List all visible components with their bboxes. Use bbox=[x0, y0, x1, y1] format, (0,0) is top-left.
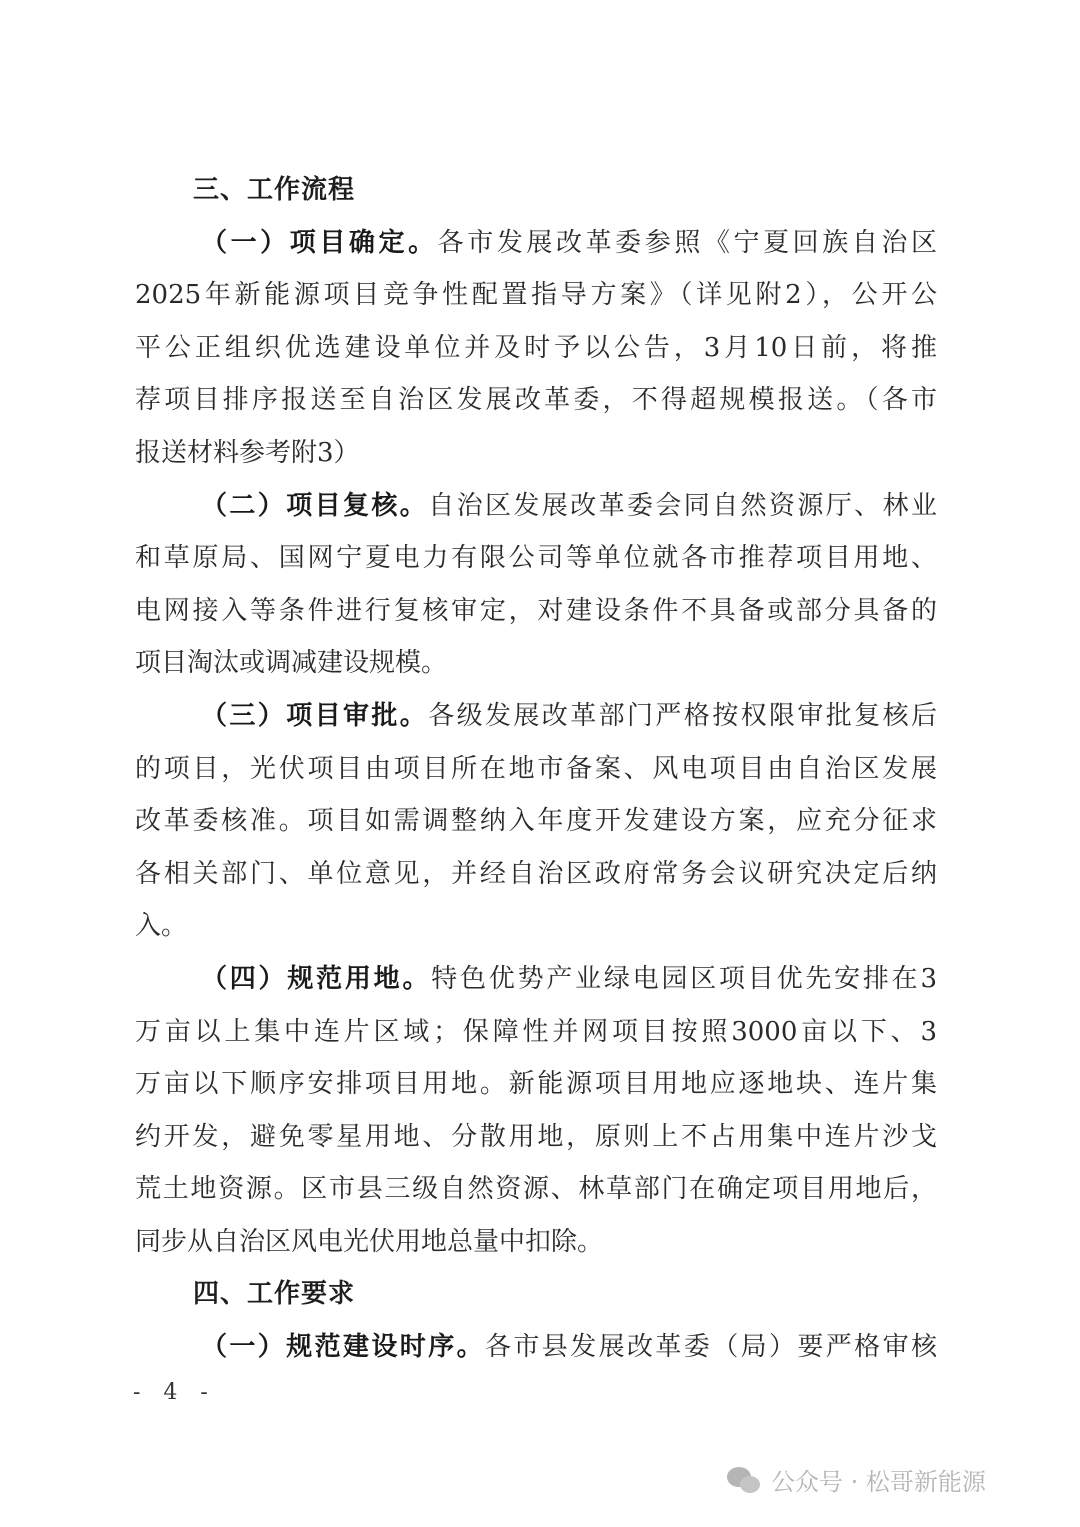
paragraph-lead: （四）规范用地。 bbox=[201, 964, 431, 994]
section-heading-work-requirements: 四、工作要求 bbox=[135, 1268, 937, 1321]
paragraph-line: 各相关部门、单位意见，并经自治区政府常务会议研究决定后纳 bbox=[135, 848, 937, 901]
page-number: - 4 - bbox=[133, 1380, 216, 1405]
paragraph-project-approval-line-1: （三）项目审批。各级发展改革部门严格按权限审批复核后 bbox=[135, 690, 937, 743]
document-page: 三、工作流程 （一）项目确定。各市发展改革委参照《宁夏回族自治区 2025年新能… bbox=[135, 164, 937, 1374]
paragraph-project-determination-line-1: （一）项目确定。各市发展改革委参照《宁夏回族自治区 bbox=[135, 217, 937, 270]
paragraph-line: 报送材料参考附3） bbox=[135, 427, 937, 480]
paragraph-text: 各级发展改革部门严格按权限审批复核后 bbox=[428, 701, 937, 731]
watermark: 公众号 · 松哥新能源 bbox=[727, 1462, 986, 1497]
paragraph-text: 特色优势产业绿电园区项目优先安排在3 bbox=[431, 964, 937, 994]
paragraph-line: 改革委核准。项目如需调整纳入年度开发建设方案，应充分征求 bbox=[135, 795, 937, 848]
paragraph-line: 的项目，光伏项目由项目所在地市备案、风电项目由自治区发展 bbox=[135, 743, 937, 796]
paragraph-land-use-line-1: （四）规范用地。特色优势产业绿电园区项目优先安排在3 bbox=[135, 953, 937, 1006]
section-heading-workflow: 三、工作流程 bbox=[135, 164, 937, 217]
paragraph-line: 电网接入等条件进行复核审定，对建设条件不具备或部分具备的 bbox=[135, 585, 937, 638]
paragraph-lead: （二）项目复核。 bbox=[201, 491, 428, 521]
paragraph-line: 和草原局、国网宁夏电力有限公司等单位就各市推荐项目用地、 bbox=[135, 532, 937, 585]
paragraph-line: 荐项目排序报送至自治区发展改革委，不得超规模报送。（各市 bbox=[135, 374, 937, 427]
wechat-icon bbox=[727, 1465, 763, 1495]
paragraph-lead: （一）规范建设时序。 bbox=[201, 1332, 485, 1362]
paragraph-line: 入。 bbox=[135, 900, 937, 953]
watermark-text: 公众号 · 松哥新能源 bbox=[771, 1462, 986, 1497]
paragraph-text: 各市县发展改革委（局）要严格审核 bbox=[485, 1332, 937, 1362]
paragraph-project-review-line-1: （二）项目复核。自治区发展改革委会同自然资源厅、林业 bbox=[135, 480, 937, 533]
paragraph-line: 同步从自治区风电光伏用地总量中扣除。 bbox=[135, 1216, 937, 1269]
paragraph-line: 万亩以上集中连片区域；保障性并网项目按照3000亩以下、3 bbox=[135, 1006, 937, 1059]
paragraph-lead: （三）项目审批。 bbox=[201, 701, 428, 731]
paragraph-construction-timing-line-1: （一）规范建设时序。各市县发展改革委（局）要严格审核 bbox=[135, 1321, 937, 1374]
paragraph-line: 2025年新能源项目竞争性配置指导方案》（详见附2），公开公 bbox=[135, 269, 937, 322]
paragraph-line: 荒土地资源。区市县三级自然资源、林草部门在确定项目用地后， bbox=[135, 1163, 937, 1216]
paragraph-line: 平公正组织优选建设单位并及时予以公告，3月10日前，将推 bbox=[135, 322, 937, 375]
paragraph-text: 自治区发展改革委会同自然资源厅、林业 bbox=[428, 491, 937, 521]
paragraph-text: 各市发展改革委参照《宁夏回族自治区 bbox=[438, 228, 937, 258]
paragraph-line: 约开发，避免零星用地、分散用地，原则上不占用集中连片沙戈 bbox=[135, 1111, 937, 1164]
paragraph-line: 项目淘汰或调减建设规模。 bbox=[135, 637, 937, 690]
paragraph-lead: （一）项目确定。 bbox=[201, 228, 438, 258]
paragraph-line: 万亩以下顺序安排项目用地。新能源项目用地应逐地块、连片集 bbox=[135, 1058, 937, 1111]
